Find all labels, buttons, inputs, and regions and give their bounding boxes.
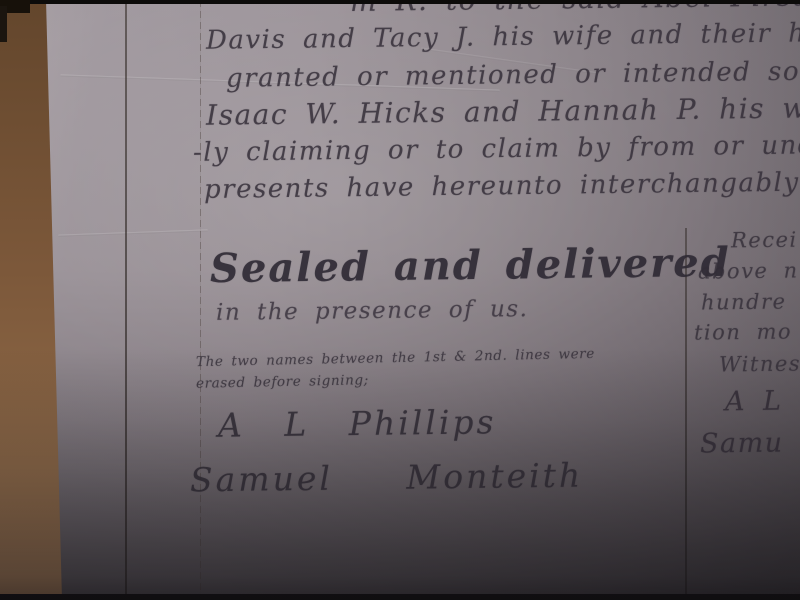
receipt-line: tion mo: [694, 319, 792, 344]
inner-margin-line: [200, 0, 201, 600]
receipt-signature: Samu: [700, 427, 784, 459]
receipt-line: hundre: [701, 289, 787, 314]
attestation-subheading: in the presence of us.: [216, 296, 529, 326]
paper-crease: [58, 229, 208, 236]
handwritten-line: Isaac W. Hicks and Hannah P. his wi: [206, 91, 800, 131]
left-margin-line: [125, 0, 127, 600]
witness-signature: A L Phillips: [218, 402, 497, 444]
handwritten-line: Davis and Tacy J. his wife and their he: [206, 18, 800, 56]
erasure-note-line: erased before signing;: [196, 372, 369, 392]
erasure-note-line: The two names between the 1st & 2nd. lin…: [196, 346, 595, 370]
handwritten-line: granted or mentioned or intended so to: [226, 56, 800, 94]
document-paper: m R. to the said Abel First J Davis and …: [0, 0, 800, 600]
receipt-line: Recei: [731, 228, 798, 253]
witness-signature: Samuel Monteith: [190, 456, 584, 500]
receipt-signature: A L: [725, 386, 783, 418]
photographed-deed-page: m R. to the said Abel First J Davis and …: [0, 0, 800, 600]
photo-edge-shadow: [0, 6, 7, 42]
receipt-line: above n: [698, 258, 799, 283]
receipt-line: Witnes: [719, 351, 800, 376]
attestation-heading: Sealed and delivered: [210, 239, 731, 292]
photo-top-border: [0, 0, 800, 4]
photo-bottom-border: [0, 594, 800, 600]
handwritten-line: presents have hereunto interchangably se: [204, 167, 800, 205]
handwritten-line: -ly claiming or to claim by from or unde: [193, 130, 800, 168]
